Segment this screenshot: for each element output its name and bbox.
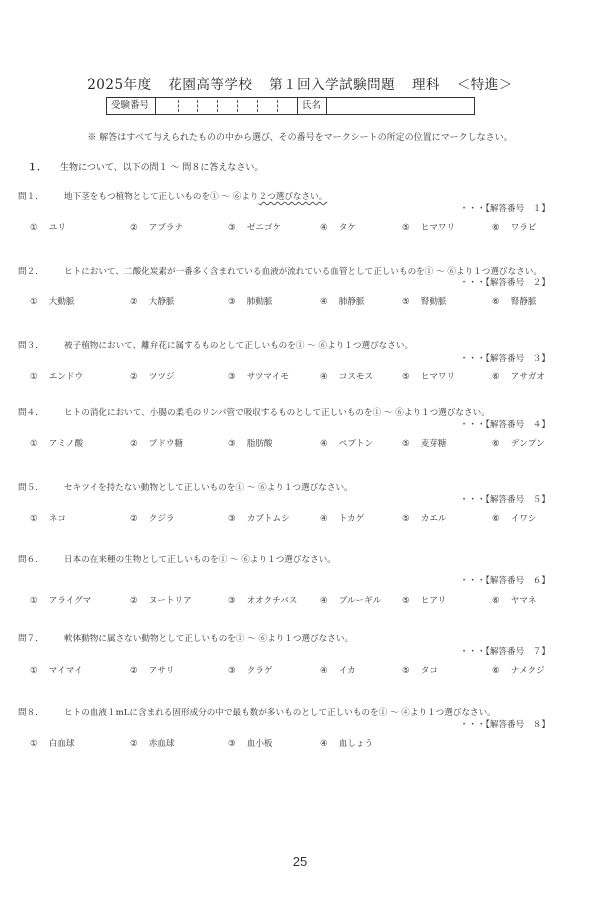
answer-number-label: ・・・【解答番号 ５】	[460, 493, 550, 505]
digit-divider	[178, 100, 179, 112]
option-label: ヒアリ	[421, 596, 446, 606]
option-2[interactable]: ②大静脈	[130, 295, 175, 307]
option-label: デンプン	[511, 439, 545, 449]
option-mark: ①	[30, 223, 38, 233]
options-row: ①大動脈 ②大静脈 ③肺動脈 ④肺静脈 ⑤腎動脈 ⑥腎静脈	[0, 295, 600, 309]
course-name: ＜特進＞	[457, 77, 513, 93]
option-label: タケ	[339, 223, 356, 233]
option-label: カブトムシ	[247, 514, 290, 524]
option-6[interactable]: ⑥デンプン	[492, 437, 545, 449]
option-mark: ①	[30, 297, 38, 307]
option-2[interactable]: ②アブラナ	[130, 221, 183, 233]
option-label: クジラ	[149, 514, 175, 524]
answer-number-label: ・・・【解答番号 ４】	[460, 418, 550, 430]
option-mark: ①	[30, 739, 38, 749]
answer-number-label: ・・・【解答番号 ３】	[460, 352, 550, 364]
answer-number-label: ・・・【解答番号 ８】	[460, 718, 550, 730]
option-1[interactable]: ①ユリ	[30, 221, 66, 233]
option-mark: ⑤	[402, 514, 410, 524]
question-text: 地下茎をもつ植物として正しいものを① ～ ⑥より	[64, 192, 259, 202]
option-mark: ④	[320, 739, 328, 749]
option-mark: ②	[130, 223, 138, 233]
option-label: 麦芽糖	[421, 439, 447, 449]
option-4[interactable]: ④肺静脈	[320, 295, 365, 307]
option-label: トカゲ	[339, 514, 365, 524]
option-mark: ⑥	[492, 297, 500, 307]
digit-divider	[237, 100, 238, 112]
option-3[interactable]: ③肺動脈	[228, 295, 273, 307]
name-label: 氏名	[298, 98, 327, 114]
option-6[interactable]: ⑥腎静脈	[492, 295, 537, 307]
option-mark: ⑤	[402, 372, 410, 382]
option-4[interactable]: ④ブルーギル	[320, 594, 381, 606]
option-4[interactable]: ④ペプトン	[320, 437, 373, 449]
digit-divider	[217, 100, 218, 112]
option-3[interactable]: ③ゼニゴケ	[228, 221, 281, 233]
option-mark: ①	[30, 596, 38, 606]
option-2[interactable]: ②赤血球	[130, 737, 175, 749]
options-row: ①マイマイ ②アサリ ③クラゲ ④イカ ⑤タコ ⑥ナメクジ	[0, 664, 600, 678]
options-row: ①アライグマ ②ヌートリア ③オオクチバス ④ブルーギル ⑤ヒアリ ⑥ヤマネ	[0, 594, 600, 608]
option-4[interactable]: ④血しょう	[320, 737, 373, 749]
option-mark: ②	[130, 739, 138, 749]
option-6[interactable]: ⑥ワラビ	[492, 221, 537, 233]
option-3[interactable]: ③サツマイモ	[228, 370, 289, 382]
options-row: ①エンドウ ②ツツジ ③サツマイモ ④コスモス ⑤ヒマワリ ⑥アサガオ	[0, 370, 600, 384]
exam-number-label: 受験番号	[107, 98, 156, 114]
option-mark: ⑤	[402, 596, 410, 606]
answer-number-label: ・・・【解答番号 １】	[460, 202, 550, 214]
option-5[interactable]: ⑤腎動脈	[402, 295, 447, 307]
option-label: イワシ	[511, 514, 537, 524]
option-label: 血しょう	[339, 739, 373, 749]
question-text: セキツイを持たない動物として正しいものを① ～ ⑥より１つ選びなさい。	[64, 483, 353, 493]
option-5[interactable]: ⑤カエル	[402, 512, 447, 524]
option-label: ブルーギル	[339, 596, 382, 606]
option-mark: ④	[320, 514, 328, 524]
option-label: 腎動脈	[421, 297, 447, 307]
exam-number-field[interactable]	[156, 98, 298, 114]
option-label: 腎静脈	[511, 297, 537, 307]
option-label: 大静脈	[149, 297, 175, 307]
option-6[interactable]: ⑥イワシ	[492, 512, 537, 524]
name-field[interactable]	[327, 98, 474, 114]
option-label: アサリ	[149, 666, 175, 676]
section-heading: １．生物について、以下の問１ ～ 問８に答えなさい。	[28, 160, 263, 173]
option-label: ツツジ	[149, 372, 175, 382]
option-5[interactable]: ⑤麦芽糖	[402, 437, 447, 449]
option-mark: ③	[228, 666, 236, 676]
option-1[interactable]: ①白血球	[30, 737, 75, 749]
option-5[interactable]: ⑤タコ	[402, 664, 438, 676]
question-number: 問５．	[18, 481, 64, 493]
option-label: カエル	[421, 514, 447, 524]
question-number: 問８．	[18, 706, 64, 718]
question-1: 問１．地下茎をもつ植物として正しいものを① ～ ⑥より２つ選びなさい。	[18, 190, 327, 202]
option-2[interactable]: ②ヌートリア	[130, 594, 192, 606]
question-number: 問２．	[18, 265, 64, 277]
question-5: 問５．セキツイを持たない動物として正しいものを① ～ ⑥より１つ選びなさい。	[18, 481, 353, 493]
option-label: 血小板	[247, 739, 273, 749]
option-3[interactable]: ③オオクチバス	[228, 594, 297, 606]
option-6[interactable]: ⑥ナメクジ	[492, 664, 545, 676]
question-number: 問４．	[18, 406, 64, 418]
option-6[interactable]: ⑥ヤマネ	[492, 594, 537, 606]
option-label: ブドウ糖	[149, 439, 183, 449]
option-label: サツマイモ	[247, 372, 289, 382]
option-mark: ④	[320, 439, 328, 449]
candidate-id-box: 受験番号 氏名	[106, 97, 475, 115]
option-6[interactable]: ⑥アサガオ	[492, 370, 545, 382]
option-mark: ①	[30, 439, 38, 449]
option-label: ペプトン	[339, 439, 373, 449]
option-label: ユリ	[49, 223, 66, 233]
section-text: 生物について、以下の問１ ～ 問８に答えなさい。	[60, 163, 263, 173]
option-2[interactable]: ②ブドウ糖	[130, 437, 183, 449]
option-mark: ⑥	[492, 439, 500, 449]
option-3[interactable]: ③血小板	[228, 737, 273, 749]
option-label: 赤血球	[149, 739, 175, 749]
question-number: 問１．	[18, 190, 64, 202]
option-label: コスモス	[339, 372, 373, 382]
option-mark: ③	[228, 514, 236, 524]
question-3: 問３．被子植物において、離弁花に属するものとして正しいものを① ～ ⑥より１つ選…	[18, 339, 413, 351]
option-mark: ⑥	[492, 514, 500, 524]
question-text: 被子植物において、離弁花に属するものとして正しいものを① ～ ⑥より１つ選びなさ…	[64, 341, 413, 351]
option-label: 脂肪酸	[247, 439, 273, 449]
option-label: エンドウ	[49, 372, 83, 382]
question-emphasis: ２つ選びなさい。	[259, 192, 328, 202]
option-4[interactable]: ④トカゲ	[320, 512, 364, 524]
question-8: 問８．ヒトの血液１mLに含まれる固形成分の中で最も数が多いものとして正しいものを…	[18, 706, 496, 718]
option-mark: ③	[228, 223, 236, 233]
option-mark: ⑤	[402, 666, 410, 676]
question-text: ヒトの血液１mLに含まれる固形成分の中で最も数が多いものとして正しいものを① ～…	[64, 708, 496, 718]
question-4: 問４．ヒトの消化において、小腸の柔毛のリンパ管で吸収するものとして正しいものを①…	[18, 406, 490, 418]
instruction-note: ※ 解答はすべて与えられたものの中から選び、その番号をマークシートの所定の位置に…	[0, 130, 600, 143]
option-mark: ⑥	[492, 596, 500, 606]
option-label: アミノ酸	[49, 439, 83, 449]
digit-divider	[277, 100, 278, 112]
option-mark: ①	[30, 514, 38, 524]
option-2[interactable]: ②クジラ	[130, 512, 175, 524]
digit-divider	[257, 100, 258, 112]
option-5[interactable]: ⑤ヒアリ	[402, 594, 446, 606]
option-mark: ④	[320, 372, 328, 382]
subject-name: 理科	[412, 77, 440, 93]
option-1[interactable]: ①大動脈	[30, 295, 75, 307]
option-mark: ③	[228, 739, 236, 749]
answer-number-label: ・・・【解答番号 ２】	[460, 276, 550, 288]
question-number: 問３．	[18, 339, 64, 351]
question-text: 日本の在来種の生物として正しいものを① ～ ⑥より１つ選びなさい。	[64, 555, 336, 565]
option-label: アサガオ	[511, 372, 545, 382]
option-label: 白血球	[49, 739, 75, 749]
question-number: 問７．	[18, 632, 64, 644]
option-mark: ②	[130, 439, 138, 449]
option-1[interactable]: ①アライグマ	[30, 594, 91, 606]
option-label: ヤマネ	[511, 596, 537, 606]
option-label: マイマイ	[49, 666, 83, 676]
option-mark: ⑤	[402, 439, 410, 449]
option-mark: ⑤	[402, 297, 410, 307]
option-mark: ④	[320, 297, 328, 307]
exam-year: 2025年度	[87, 77, 151, 93]
option-label: ネコ	[49, 514, 66, 524]
option-label: ワラビ	[511, 223, 537, 233]
option-5[interactable]: ⑤ヒマワリ	[402, 370, 455, 382]
option-1[interactable]: ①ネコ	[30, 512, 66, 524]
option-label: ヌートリア	[149, 596, 192, 606]
option-label: ナメクジ	[511, 666, 545, 676]
option-mark: ⑥	[492, 223, 500, 233]
option-mark: ②	[130, 372, 138, 382]
option-mark: ②	[130, 596, 138, 606]
option-4[interactable]: ④イカ	[320, 664, 356, 676]
option-mark: ②	[130, 297, 138, 307]
exam-name: 第１回入学試験問題	[269, 77, 395, 93]
option-mark: ①	[30, 372, 38, 382]
exam-title: 2025年度 花園高等学校 第１回入学試験問題 理科 ＜特進＞	[0, 73, 600, 93]
option-2[interactable]: ②ツツジ	[130, 370, 175, 382]
question-7: 問７．軟体動物に属さない動物として正しいものを① ～ ⑥より１つ選びなさい。	[18, 632, 353, 644]
school-name: 花園高等学校	[168, 77, 252, 93]
option-mark: ④	[320, 666, 328, 676]
option-1[interactable]: ①マイマイ	[30, 664, 83, 676]
page-number: 25	[0, 854, 600, 869]
option-3[interactable]: ③クラゲ	[228, 664, 273, 676]
option-label: オオクチバス	[247, 596, 298, 606]
option-2[interactable]: ②アサリ	[130, 664, 175, 676]
options-row: ①ネコ ②クジラ ③カブトムシ ④トカゲ ⑤カエル ⑥イワシ	[0, 512, 600, 526]
option-3[interactable]: ③脂肪酸	[228, 437, 273, 449]
question-6: 問６．日本の在来種の生物として正しいものを① ～ ⑥より１つ選びなさい。	[18, 553, 336, 565]
option-mark: ③	[228, 596, 236, 606]
option-mark: ①	[30, 666, 38, 676]
option-label: 肺静脈	[339, 297, 365, 307]
options-row: ①白血球 ②赤血球 ③血小板 ④血しょう	[0, 737, 600, 751]
question-text: ヒトの消化において、小腸の柔毛のリンパ管で吸収するものとして正しいものを① ～ …	[64, 408, 490, 418]
option-3[interactable]: ③カブトムシ	[228, 512, 290, 524]
option-1[interactable]: ①アミノ酸	[30, 437, 83, 449]
option-4[interactable]: ④タケ	[320, 221, 356, 233]
option-mark: ④	[320, 223, 328, 233]
option-label: アブラナ	[149, 223, 183, 233]
option-5[interactable]: ⑤ヒマワリ	[402, 221, 455, 233]
option-label: イカ	[339, 666, 356, 676]
question-text: 軟体動物に属さない動物として正しいものを① ～ ⑥より１つ選びなさい。	[64, 634, 353, 644]
question-number: 問６．	[18, 553, 64, 565]
options-row: ①アミノ酸 ②ブドウ糖 ③脂肪酸 ④ペプトン ⑤麦芽糖 ⑥デンプン	[0, 437, 600, 451]
option-mark: ⑤	[402, 223, 410, 233]
options-row: ①ユリ ②アブラナ ③ゼニゴケ ④タケ ⑤ヒマワリ ⑥ワラビ	[0, 221, 600, 235]
option-mark: ②	[130, 666, 138, 676]
option-label: タコ	[421, 666, 438, 676]
answer-number-label: ・・・【解答番号 ７】	[460, 645, 550, 657]
option-mark: ③	[228, 372, 236, 382]
option-mark: ③	[228, 439, 236, 449]
option-mark: ②	[130, 514, 138, 524]
option-mark: ④	[320, 596, 328, 606]
option-mark: ⑥	[492, 372, 500, 382]
option-label: ヒマワリ	[421, 223, 455, 233]
option-mark: ③	[228, 297, 236, 307]
option-label: ゼニゴケ	[247, 223, 281, 233]
option-label: 大動脈	[49, 297, 75, 307]
section-number: １．	[28, 163, 46, 173]
option-label: ヒマワリ	[421, 372, 455, 382]
option-4[interactable]: ④コスモス	[320, 370, 373, 382]
option-label: アライグマ	[49, 596, 92, 606]
option-1[interactable]: ①エンドウ	[30, 370, 83, 382]
option-mark: ⑥	[492, 666, 500, 676]
answer-number-label: ・・・【解答番号 ６】	[460, 574, 550, 586]
digit-divider	[197, 100, 198, 112]
option-label: クラゲ	[247, 666, 273, 676]
option-label: 肺動脈	[247, 297, 273, 307]
